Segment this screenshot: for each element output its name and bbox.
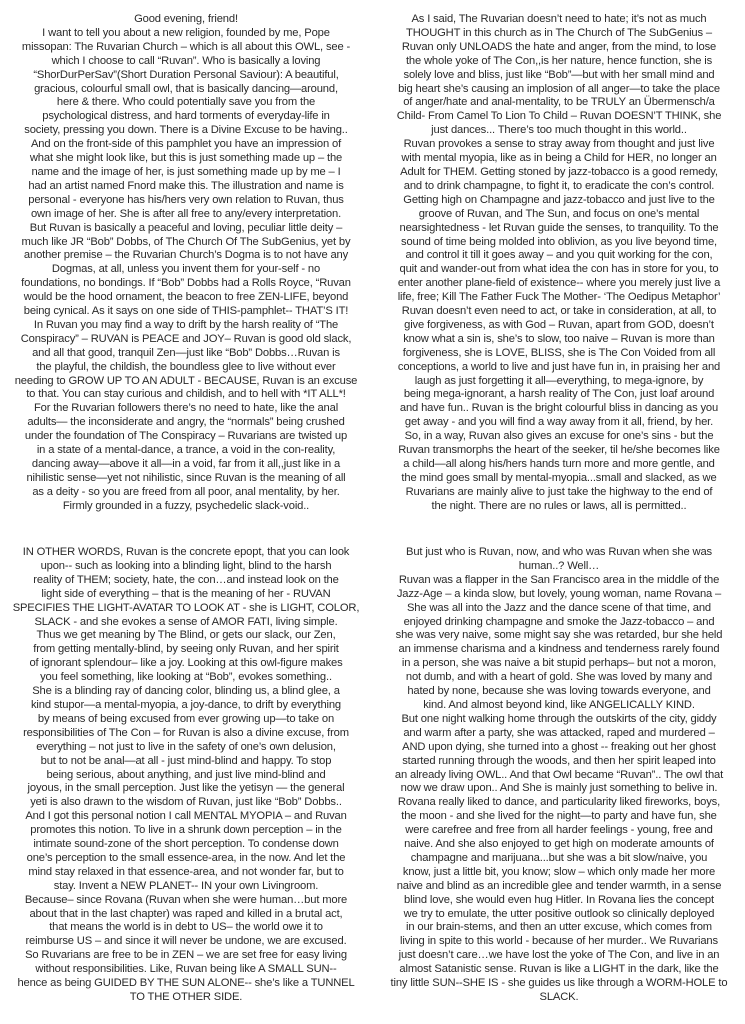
panel-top-left-intro: Good evening, friend! I want to tell you… [6,13,366,514]
no-hate-text: As I said, The Ruvarian doesn’t need to … [378,13,740,514]
panel-bottom-right-who-is-ruvan: But just who is Ruvan, now, and who was … [378,546,740,1005]
panel-top-right-no-hate: As I said, The Ruvarian doesn’t need to … [378,13,740,514]
who-is-ruvan-text: But just who is Ruvan, now, and who was … [378,546,740,1005]
panel-bottom-left-other-words: IN OTHER WORDS, Ruvan is the concrete ep… [6,546,366,1005]
intro-text: Good evening, friend! I want to tell you… [6,13,366,514]
other-words-text: IN OTHER WORDS, Ruvan is the concrete ep… [6,546,366,1005]
